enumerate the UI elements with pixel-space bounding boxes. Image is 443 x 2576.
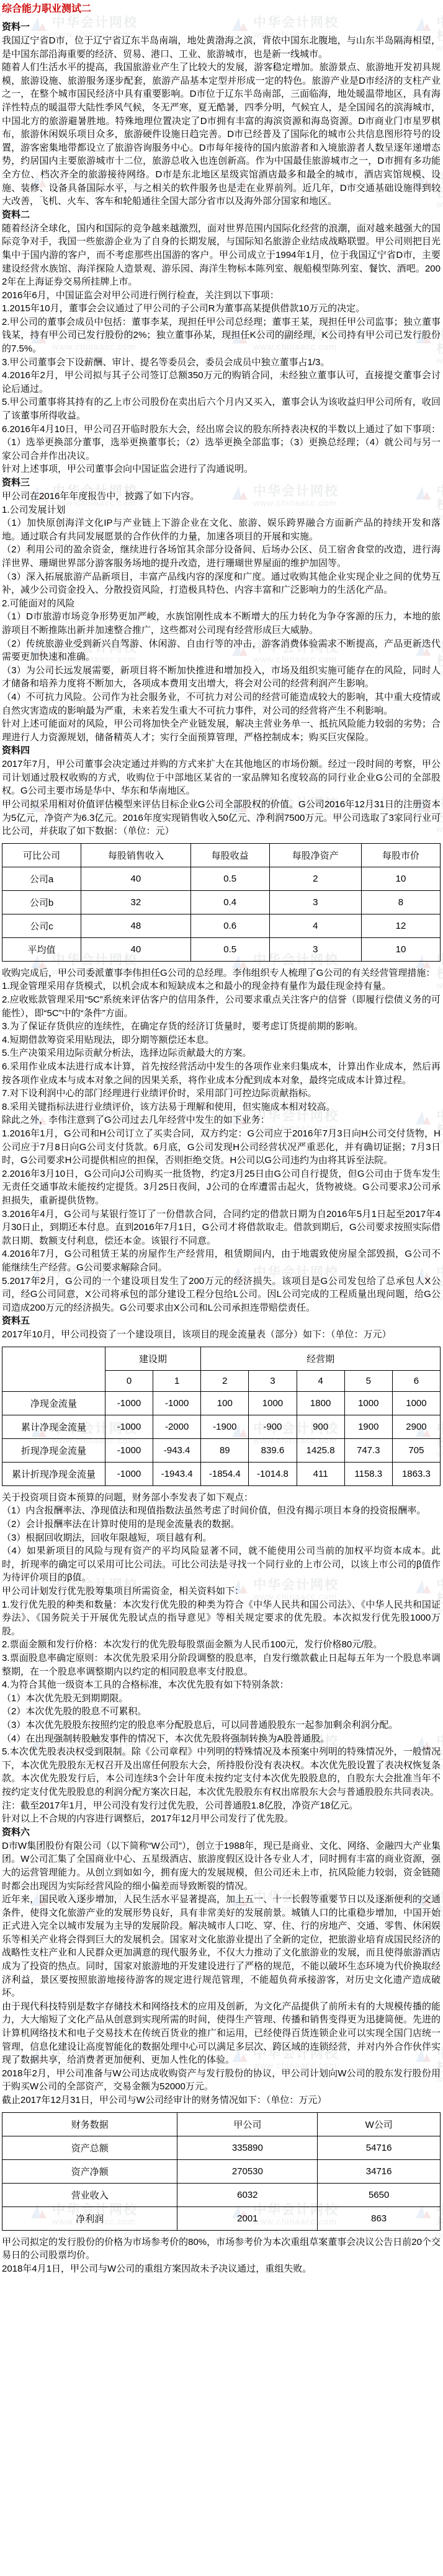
paragraph: 2018年4月1日，甲公司与W公司的重组方案因故未予决议通过，重组失败。: [2, 2262, 441, 2276]
list-item: 1.发行优先股的种类和数量：本次发行优先股的种类为符合《中华人民共和国公司法》、…: [2, 1598, 441, 1639]
list-item: 2.2016年3月10日，G公司向J公司购买一批货物，约定3月25日由G公司自行…: [2, 1167, 441, 1208]
table-cell: -1000: [105, 1462, 153, 1485]
list-item: （1）内含报酬率法、净现值法和现值指数法虽然考虑了时间价值，但没有揭示项目本身的…: [2, 1504, 441, 1518]
table-cell: 1900: [344, 1415, 392, 1438]
list-item: 3.票面股息率确定原则：本次优先股采用分阶段调整的股息率，自发行缴款截止日起每五…: [2, 1652, 441, 1678]
row-header: 累计折现净现金流量: [2, 1462, 105, 1485]
paragraph: 甲公司拟定的发行股份的价格为市场参考价的80%，市场参考价为本次重组草案董事会决…: [2, 2236, 441, 2262]
column-group-header: 经营期: [201, 1347, 441, 1370]
list-item: 2.票面金额和发行价格：本次发行的优先股每股票面金额为人民币100元，发行价格8…: [2, 1638, 441, 1652]
list-item: 3.为了保证存货供应的连续性，在确定存货的经济订货量时，要考虑订货提前期的影响。: [2, 1020, 441, 1033]
paragraph: 针对以上不合规的内容进行调整后，2017年12月甲公司发行了优先股。: [2, 1812, 441, 1826]
column-header: 3: [249, 1370, 297, 1391]
list-item: （3）本次优先股股东按照约定的股息率分配股息后，可以同普通股股东一起参加剩余利润…: [2, 1719, 441, 1732]
section-1-heading: 资料一: [2, 20, 441, 34]
paragraph: 近年来，国民收入逐步增加，人民生活水平显著提高，加上五一、十一长假等重要节日以及…: [2, 1893, 441, 2000]
table-cell: 1000: [344, 1391, 392, 1415]
paragraph: D市W集团股份有限公司（以下简称“W公司”），创立于1988年，现已是商业、文化…: [2, 1839, 441, 1893]
table-cell: 0.5: [190, 937, 269, 961]
table-row: 公司b 32 0.4 3 8: [2, 890, 441, 914]
paragraph: 2017年10月，甲公司投资了一个建设项目，该项目的现金流量表（部分）如下：（单…: [2, 1328, 441, 1342]
list-item: 1.公司发展计划: [2, 503, 441, 517]
page-title: 综合能力职业测试二: [2, 3, 441, 15]
table-cell: 40: [81, 867, 191, 890]
list-item: （4）不可抗力风险。公司作为社会服务业，不可抗力对公司的经营可能造成较大的影响，…: [2, 691, 441, 717]
paragraph: 由于现代科技特别是数字存储技术和网络技术的应用及创新，为文化产品提供了前所未有的…: [2, 2000, 441, 2067]
table-cell: 335890: [177, 2136, 318, 2159]
list-item: 6.采用作业成本法进行成本计算，首先按经营活动中发生的各项作业来归集成本，计算出…: [2, 1060, 441, 1087]
column-header: 4: [297, 1370, 344, 1391]
table-cell: 34716: [318, 2159, 441, 2183]
row-header: 累计净现金流量: [2, 1415, 105, 1438]
column-header: W公司: [318, 2112, 441, 2136]
table-cell: 2900: [392, 1415, 440, 1438]
column-header: 每股销售收入: [81, 843, 191, 867]
section-4-heading: 资料四: [2, 744, 441, 758]
list-item: 6.2016年4月10日，甲公司召开临时股东大会，经出席会议的股东所持表决权的半…: [2, 423, 441, 463]
list-item: （2）利用公司的盈余资金，继续进行各场馆其余部分设备间、后场办公区、员工宿舍食堂…: [2, 543, 441, 570]
list-item: 5.本次优先股表决权受到限制。除《公司章程》中列明的特殊情况及本预案中列明的特殊…: [2, 1745, 441, 1799]
section-5-heading: 资料五: [2, 1314, 441, 1328]
table-cell: 900: [297, 1415, 344, 1438]
table-row: 净利润 2001 863: [2, 2206, 441, 2230]
table-header-row: 财务数据 甲公司 W公司: [2, 2112, 441, 2136]
column-header: 可比公司: [2, 843, 81, 867]
table-cell: -1900: [201, 1415, 249, 1438]
table-row: 净现金流量 -1000 -1000 100 1000 1800 1000 100…: [2, 1391, 441, 1415]
table-cell: 1800: [297, 1391, 344, 1415]
table-row: 资产总额 335890 54716: [2, 2136, 441, 2159]
list-item: 2.甲公司的董事会成员中包括：董事李某，现担任甲公司总经理；董事王某，现担任甲公…: [2, 316, 441, 356]
table-cell: -1854.4: [201, 1462, 249, 1485]
table-cell: 2001: [177, 2206, 318, 2230]
paragraph: 除此之外，李伟注意到了G公司过去几年经营中发生的如下业务：: [2, 1113, 441, 1127]
list-item: 4.2016年7月，G公司租赁王某的房屋作生产经营用，租赁期间内，由于地震致使房…: [2, 1247, 441, 1274]
paragraph: 2017年7月，甲公司董事会决定通过并购的方式来扩大在其他地区的市场份额。经过一…: [2, 758, 441, 798]
table-cell: 705: [392, 1438, 440, 1462]
table-corner-cell: [2, 1347, 105, 1391]
list-item: （2）本次优先股的股息不可累积。: [2, 1705, 441, 1719]
section-6-heading: 资料六: [2, 1826, 441, 1839]
table-cell: -2000: [153, 1415, 201, 1438]
table-cell: 0.6: [190, 914, 269, 937]
table-row: 折现净现金流量 -1000 -943.4 89 839.6 1425.8 747…: [2, 1438, 441, 1462]
column-header: 每股收益: [190, 843, 269, 867]
table-cell: 411: [297, 1462, 344, 1485]
paragraph: 甲公司在2016年年度报告中，披露了如下内容。: [2, 490, 441, 503]
table-header-row: 可比公司 每股销售收入 每股收益 每股净资产 每股市价: [2, 843, 441, 867]
row-header: 资产总额: [2, 2136, 177, 2159]
list-item: 2.应收账款管理采用“5C”系统来评估客户的信用条件，公司要求重点关注客户的信誉…: [2, 993, 441, 1020]
table-cell: -943.4: [153, 1438, 201, 1462]
paragraph: 关于投资项目资本预算的问题，财务部小李发表了如下观点：: [2, 1491, 441, 1505]
list-item: 3.甲公司董事会下设薪酬、审计、提名等委员会，委员会成员中独立董事占1/3。: [2, 356, 441, 370]
list-item: 4.2016年2月，甲公司拟与其子公司签订总额350万元的购销合同，未经独立董事…: [2, 369, 441, 396]
list-item: （1）加快原创海洋文化IP与产业链上下游企业在文化、旅游、娱乐跨界融合方面新产品…: [2, 516, 441, 543]
row-header: 净利润: [2, 2206, 177, 2230]
table-cell: 100: [201, 1391, 249, 1415]
table-cell: 89: [201, 1438, 249, 1462]
table-cell: 5650: [318, 2183, 441, 2206]
row-header: 资产净额: [2, 2159, 177, 2183]
list-item: 5.2017年2月，G公司的一个建设项目发生了200万元的经济损失。该项目是G公…: [2, 1275, 441, 1315]
table-row: 平均值 40 0.5 3 10: [2, 937, 441, 961]
table-cell: 54716: [318, 2136, 441, 2159]
list-item: （1）本次优先股无到期期限。: [2, 1692, 441, 1706]
table-cell: 3: [269, 890, 361, 914]
paragraph: 我国辽宁省D市，位于辽宁省辽东半岛南端，地处黄渤海之滨，背依中国东北腹地，与山东…: [2, 34, 441, 61]
list-item: 1.现金管理采用存货模式，以机会成本和短缺成本之和最小的现金持有量作为最佳现金持…: [2, 980, 441, 993]
list-item: 5.甲公司董事将其持有的乙上市公司股份在卖出后六个月内又买入，董事会认为该收益归…: [2, 396, 441, 422]
list-item: （3）深入拓展旅游产品新项目，丰富产品线内容的深度和广度。通过收购其他企业实现企…: [2, 570, 441, 597]
table-cell: 0.5: [190, 867, 269, 890]
paragraph: 2016年6月，中国证监会对甲公司进行例行检查，关注到以下事项：: [2, 289, 441, 303]
paragraph: 随着人们生活水平的提高，我国旅游业产生了比较大的发展，游客稳定增加。旅游景点、旅…: [2, 61, 441, 208]
table-cell: -1943.4: [153, 1462, 201, 1485]
table-cell: 1000: [249, 1391, 297, 1415]
list-item: （3）根据回收期法，回收年限越短，项目越有利。: [2, 1531, 441, 1545]
paragraph: 截止2017年12月31日，甲公司与W公司经审计的财务情况如下：（单位：万元）: [2, 2094, 441, 2107]
cash-flow-table: 建设期 经营期 0 1 2 3 4 5 6 净现金流量 -1000 -1000 …: [2, 1347, 441, 1486]
table-cell: 839.6: [249, 1438, 297, 1462]
table-cell: 10: [361, 867, 440, 890]
list-item: 2.可能面对的风险: [2, 597, 441, 611]
column-header: 每股市价: [361, 843, 440, 867]
note: 注：截至2017年1月，甲公司没有发行过优先股，公司普通股1.8亿股，净资产18…: [2, 1799, 441, 1813]
table-cell: 3: [269, 937, 361, 961]
table-row: 营业收入 6032 5650: [2, 2183, 441, 2206]
table-cell: 40: [81, 937, 191, 961]
paragraph: 针对上述可能面对的风险，甲公司将加快全产业链发展，解决主营业务单一、抵抗风险能力…: [2, 717, 441, 744]
table-cell: 0.4: [190, 890, 269, 914]
table-cell: 8: [361, 890, 440, 914]
list-item: （1）D市旅游市场竞争形势更加严峻，水族馆刚性成本不断增大的压力转化为争夺客源的…: [2, 610, 441, 637]
comparable-companies-table: 可比公司 每股销售收入 每股收益 每股净资产 每股市价 公司a 40 0.5 2…: [2, 843, 441, 962]
table-cell: -1014.8: [249, 1462, 297, 1485]
column-header: 5: [344, 1370, 392, 1391]
table-row: 累计折现净现金流量 -1000 -1943.4 -1854.4 -1014.8 …: [2, 1462, 441, 1485]
table-group-header-row: 建设期 经营期: [2, 1347, 441, 1370]
column-group-header: 建设期: [105, 1347, 200, 1370]
paragraph: 针对上述事项，甲公司董事会向中国证监会进行了沟通说明。: [2, 463, 441, 476]
row-header: 营业收入: [2, 2183, 177, 2206]
table-cell: 863: [318, 2206, 441, 2230]
table-cell: 32: [81, 890, 191, 914]
column-header: 甲公司: [177, 2112, 318, 2136]
list-item: 3.2016年4月，G公司与某银行签订了一份借款合同，合同约定的借款日期为自20…: [2, 1208, 441, 1248]
table-cell: 公司a: [2, 867, 81, 890]
column-header: 财务数据: [2, 2112, 177, 2136]
table-cell: 1425.8: [297, 1438, 344, 1462]
list-item: 1.2016年1月，G公司和H公司订立了买卖合同，双方约定：G公司应于2016年…: [2, 1127, 441, 1167]
table-cell: 270530: [177, 2159, 318, 2183]
paragraph: 甲公司拟采用相对价值评估模型来评估目标企业G公司全部股权的价值。G公司2016年…: [2, 798, 441, 838]
list-item: 8.采用关键指标法进行业绩评价，该方法易于理解和使用，但实施成本相对较高。: [2, 1100, 441, 1114]
column-header: 6: [392, 1370, 440, 1391]
table-row: 累计净现金流量 -1000 -2000 -1900 -900 900 1900 …: [2, 1415, 441, 1438]
table-row: 公司c 48 0.6 4 12: [2, 914, 441, 937]
table-cell: 2: [269, 867, 361, 890]
section-3-heading: 资料三: [2, 476, 441, 490]
paragraph: 2018年2月，甲公司准备与W公司达成收购资产与发行股份的协议，甲公司计划向W公…: [2, 2067, 441, 2094]
table-cell: 747.3: [344, 1438, 392, 1462]
table-cell: 公司b: [2, 890, 81, 914]
table-cell: 4: [269, 914, 361, 937]
table-cell: 6032: [177, 2183, 318, 2206]
list-item: 1.2015年10月，董事会会议通过了甲公司的子公司R为董事高某提供借款10万元…: [2, 302, 441, 316]
table-cell: -1000: [153, 1391, 201, 1415]
list-item: 7.对下设利润中心的部门经理进行业绩评价时，采用部门可控边际贡献指标。: [2, 1087, 441, 1100]
column-header: 1: [153, 1370, 201, 1391]
paragraph: 甲公司计划发行优先股筹集项目所需资金，相关资料如下：: [2, 1585, 441, 1598]
document-page: 中华会计网校www.chinaacc.com中华会计网校www.chinaacc…: [0, 0, 443, 2282]
list-item: （2）传统旅游业受到新兴自驾游、休闲游、自由行等的冲击，游客消费体验需求不断提高…: [2, 637, 441, 664]
table-cell: 1863.3: [392, 1462, 440, 1485]
paragraph: 收购完成后，甲公司委派董事李伟担任G公司的总经理。李伟组织专人梳理了G公司的有关…: [2, 967, 441, 980]
table-row: 资产净额 270530 34716: [2, 2159, 441, 2183]
financial-data-table: 财务数据 甲公司 W公司 资产总额 335890 54716 资产净额 2705…: [2, 2112, 441, 2231]
table-cell: 平均值: [2, 937, 81, 961]
table-cell: 12: [361, 914, 440, 937]
column-header: 0: [105, 1370, 153, 1391]
section-2-heading: 资料二: [2, 208, 441, 222]
table-cell: -1000: [105, 1438, 153, 1462]
list-item: （4）如果新项目的风险与现有资产的平均风险显著不同，就不能使用公司当前的加权平均…: [2, 1544, 441, 1585]
table-cell: -1000: [105, 1415, 153, 1438]
list-item: 5.生产决策采用边际贡献分析法，选择边际贡献最大的方案。: [2, 1047, 441, 1060]
list-item: 4.为符合其他一级资本工具的合格标准，本次优先股有如下特别条款：: [2, 1678, 441, 1692]
list-item: （3）为公司长远发展需要，新项目将不断加快推进和增加投入，市场及组织实施可能存在…: [2, 664, 441, 691]
table-cell: 1158.3: [344, 1462, 392, 1485]
row-header: 折现净现金流量: [2, 1438, 105, 1462]
list-item: （4）在出现强制转股触发事件的情况下，本次优先股将强制转换为A股普通股。: [2, 1732, 441, 1746]
table-row: 公司a 40 0.5 2 10: [2, 867, 441, 890]
table-cell: 48: [81, 914, 191, 937]
document-content: 综合能力职业测试二 资料一 我国辽宁省D市，位于辽宁省辽东半岛南端，地处黄渤海之…: [2, 3, 441, 2275]
table-cell: 1000: [392, 1391, 440, 1415]
table-cell: 10: [361, 937, 440, 961]
column-header: 每股净资产: [269, 843, 361, 867]
table-cell: -900: [249, 1415, 297, 1438]
table-cell: 公司c: [2, 914, 81, 937]
row-header: 净现金流量: [2, 1391, 105, 1415]
paragraph: 随着经济全球化，国内和国际的竞争越来越激烈，面对世界范围内国际化经营的浪潮，面对…: [2, 222, 441, 289]
table-cell: -1000: [105, 1391, 153, 1415]
column-header: 2: [201, 1370, 249, 1391]
list-item: 4.短期借款筹资采用贴现法，即分期等额偿还本息。: [2, 1033, 441, 1047]
list-item: （2）会计报酬率法在计算时使用的是现金流量表的数据。: [2, 1518, 441, 1531]
